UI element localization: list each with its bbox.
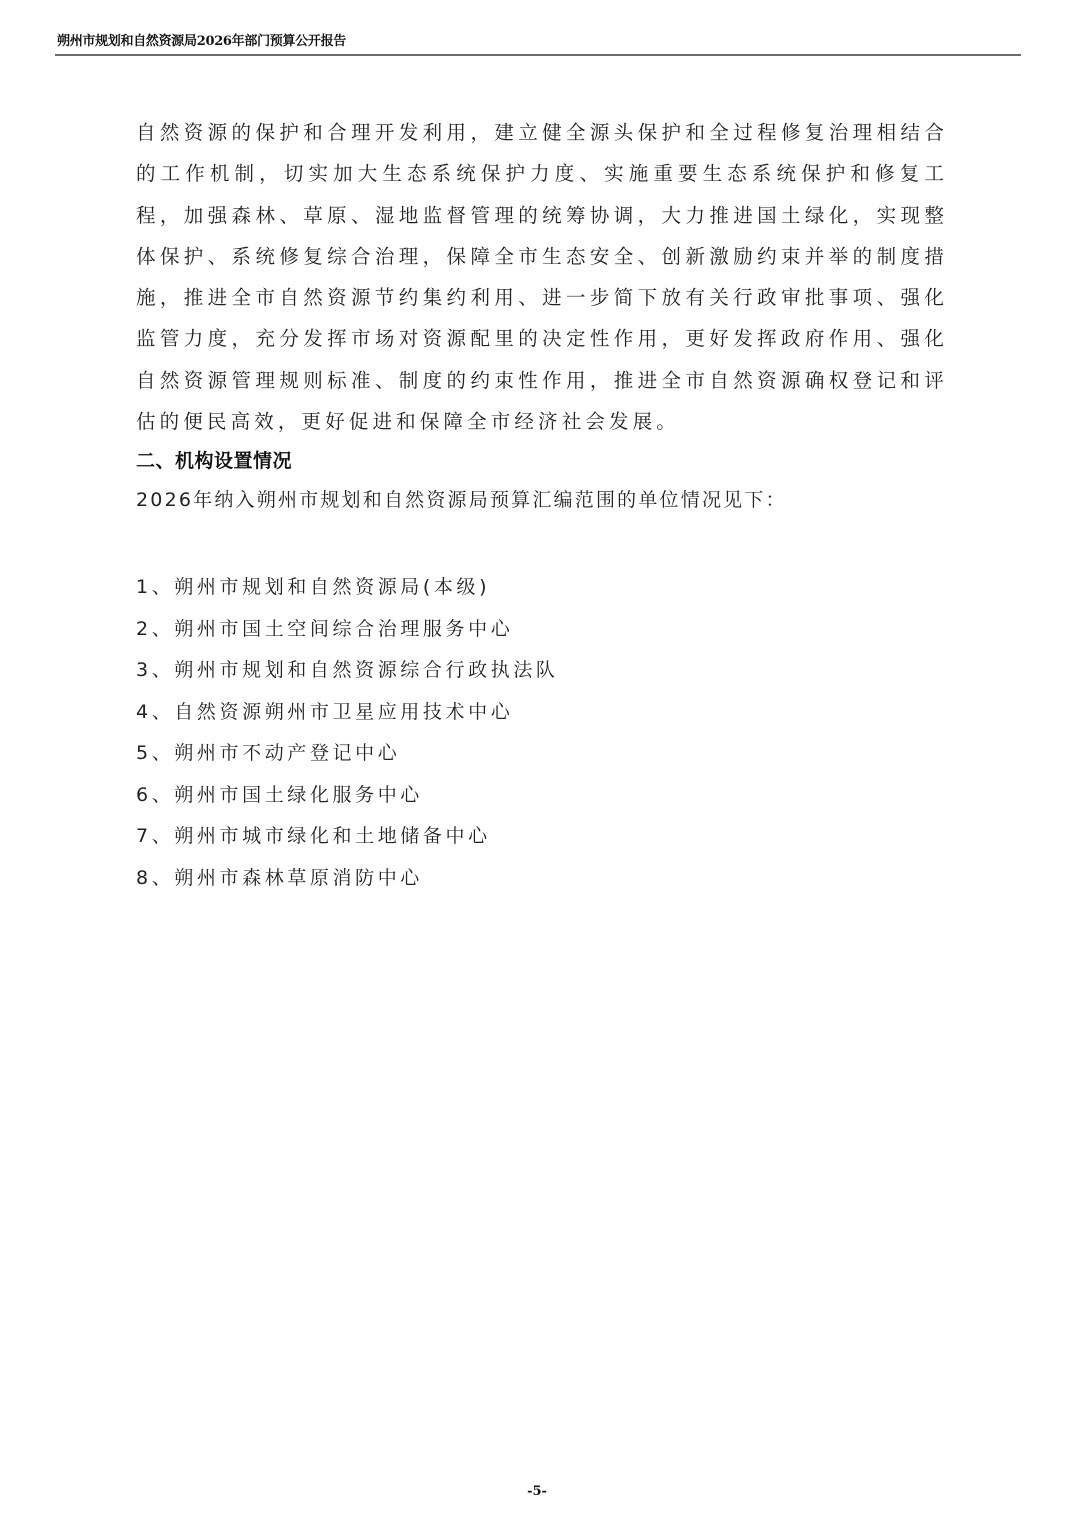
unit-list: 1、朔州市规划和自然资源局(本级) 2、朔州市国土空间综合治理服务中心 3、朔州… [136,567,559,899]
unit-item: 5、朔州市不动产登记中心 [136,733,559,775]
page-content: 自然资源的保护和合理开发利用，建立健全源头保护和全过程修复治理相结合的工作机制，… [136,112,948,520]
unit-item: 1、朔州市规划和自然资源局(本级) [136,567,559,609]
section-heading: 二、机构设置情况 [136,442,948,480]
intro-text: 2026年纳入朔州市规划和自然资源局预算汇编范围的单位情况见下： [136,480,948,520]
unit-item: 8、朔州市森林草原消防中心 [136,858,559,900]
document-title: 朔州市规划和自然资源局2026年部门预算公开报告 [57,30,346,49]
unit-item: 2、朔州市国土空间综合治理服务中心 [136,609,559,651]
page-header: 朔州市规划和自然资源局2026年部门预算公开报告 [55,28,1021,56]
unit-item: 6、朔州市国土绿化服务中心 [136,775,559,817]
body-paragraph: 自然资源的保护和合理开发利用，建立健全源头保护和全过程修复治理相结合的工作机制，… [136,112,948,442]
unit-item: 7、朔州市城市绿化和土地储备中心 [136,816,559,858]
unit-item: 4、自然资源朔州市卫星应用技术中心 [136,692,559,734]
page-number: -5- [0,1484,1074,1499]
unit-item: 3、朔州市规划和自然资源综合行政执法队 [136,650,559,692]
